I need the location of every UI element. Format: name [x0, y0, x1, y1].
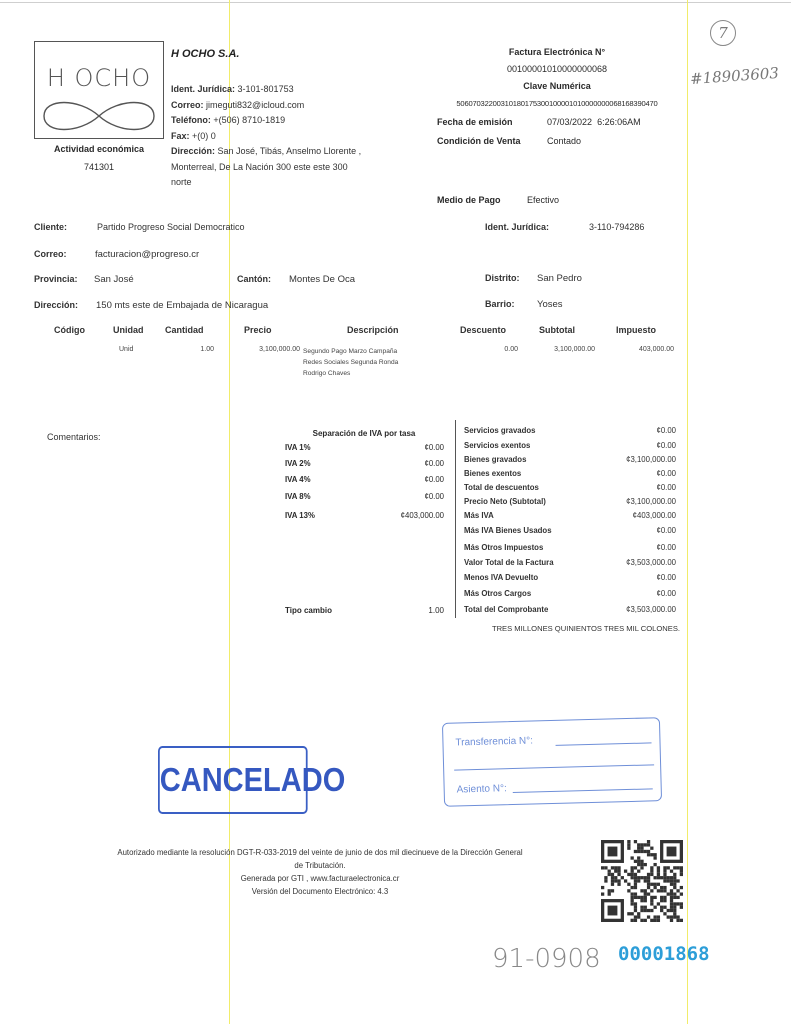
company-name: H OCHO S.A.	[171, 48, 239, 60]
invoice-header: Factura Electrónica N° 00100001010000000…	[432, 44, 682, 112]
column-divider	[455, 420, 456, 618]
cell-discount: 0.00	[480, 346, 518, 353]
summary-value: ¢403,000.00	[580, 511, 676, 520]
col-header-unit: Unidad	[113, 325, 144, 335]
sale-condition-value: Contado	[547, 136, 581, 146]
invoice-title: Factura Electrónica N°	[432, 44, 682, 61]
issuer-id: Ident. Jurídica: 3-101-801753	[171, 82, 361, 98]
key-label: Clave Numérica	[432, 78, 682, 95]
summary-value: ¢0.00	[580, 441, 676, 450]
col-header-qty: Cantidad	[165, 325, 204, 335]
summary-value: ¢3,100,000.00	[580, 455, 676, 464]
summary-value: ¢3,503,000.00	[580, 558, 676, 567]
handwritten-ref: #18903603	[689, 64, 779, 88]
summary-label: Más IVA Bienes Usados	[464, 526, 552, 535]
summary-label: Bienes gravados	[464, 455, 526, 464]
col-header-code: Código	[54, 325, 85, 335]
footer-authorization: Autorizado mediante la resolución DGT-R-…	[80, 846, 560, 898]
summary-value: ¢0.00	[580, 543, 676, 552]
summary-value: ¢0.00	[580, 426, 676, 435]
scan-artifact-line	[687, 0, 688, 1024]
issuer-fax: Fax: +(0) 0	[171, 129, 361, 145]
transfer-label: Transferencia N°:	[455, 735, 533, 748]
summary-value: ¢0.00	[580, 573, 676, 582]
canton-value: Montes De Oca	[289, 274, 355, 285]
serial-number-stamp: 00001868	[618, 943, 710, 965]
cell-subtotal: 3,100,000.00	[535, 346, 595, 353]
col-header-discount: Descuento	[460, 325, 506, 335]
client-email-label: Correo:	[34, 249, 67, 259]
sale-condition-label: Condición de Venta	[437, 136, 521, 146]
summary-value: ¢3,100,000.00	[580, 497, 676, 506]
summary-label: Total de descuentos	[464, 483, 539, 492]
client-label: Cliente:	[34, 222, 67, 232]
summary-label: Precio Neto (Subtotal)	[464, 497, 546, 506]
iva-rate-value: ¢0.00	[360, 492, 444, 501]
client-email: facturacion@progreso.cr	[95, 249, 199, 260]
summary-label: Total del Comprobante	[464, 605, 548, 614]
summary-label: Más IVA	[464, 511, 494, 520]
province-label: Provincia:	[34, 274, 78, 284]
iva-rate-value: ¢0.00	[360, 443, 444, 452]
col-header-subtotal: Subtotal	[539, 325, 575, 335]
payment-label: Medio de Pago	[437, 195, 501, 205]
handwritten-account: 91-0908	[492, 944, 601, 974]
client-id: 3-110-794286	[589, 222, 644, 232]
summary-label: Menos IVA Devuelto	[464, 573, 538, 582]
issuer-address-line3: norte	[171, 175, 361, 191]
iva-rate-label: IVA 2%	[285, 459, 311, 468]
barrio-label: Barrio:	[485, 299, 515, 309]
summary-label: Servicios exentos	[464, 441, 530, 450]
seat-label: Asiento N°:	[457, 783, 507, 795]
key-value: 5060703220031018017530010000101000000006…	[432, 95, 682, 112]
logo-text: H OCHO	[35, 64, 163, 92]
col-header-tax: Impuesto	[616, 325, 656, 335]
col-header-description: Descripción	[347, 325, 399, 335]
barrio-value: Yoses	[537, 299, 563, 310]
invoice-number: 00100001010000000068	[432, 61, 682, 78]
cell-description: Segundo Pago Marzo Campaña Redes Sociale…	[303, 346, 398, 379]
date-label: Fecha de emisión	[437, 117, 513, 127]
company-logo: H OCHO	[34, 41, 164, 139]
infinity-icon	[39, 98, 159, 134]
district-label: Distrito:	[485, 273, 520, 283]
summary-label: Más Otros Cargos	[464, 589, 531, 598]
amount-in-words: TRES MILLONES QUINIENTOS TRES MIL COLONE…	[440, 624, 680, 633]
issuer-email: Correo: jimeguti832@icloud.com	[171, 98, 361, 114]
activity-code: 741301	[34, 162, 164, 172]
cell-tax: 403,000.00	[615, 346, 674, 353]
iva-rate-label: IVA 13%	[285, 511, 315, 520]
cell-price: 3,100,000.00	[240, 346, 300, 353]
iva-rate-value: ¢0.00	[360, 475, 444, 484]
issuer-phone: Teléfono: +(506) 8710-1819	[171, 113, 361, 129]
summary-value: ¢0.00	[580, 469, 676, 478]
exchange-rate-value: 1.00	[390, 606, 444, 615]
client-address: 150 mts este de Embajada de Nicaragua	[96, 300, 268, 311]
activity-label: Actividad económica	[34, 144, 164, 154]
iva-rate-label: IVA 8%	[285, 492, 311, 501]
summary-value: ¢3,503,000.00	[580, 605, 676, 614]
province-value: San José	[94, 274, 134, 285]
client-name: Partido Progreso Social Democratico	[97, 222, 245, 232]
qr-code-icon	[601, 840, 683, 922]
col-header-price: Precio	[244, 325, 272, 335]
scan-top-edge	[0, 2, 791, 3]
qr-code	[601, 840, 683, 922]
summary-label: Valor Total de la Factura	[464, 558, 554, 567]
handwritten-circled-number: 7	[710, 20, 736, 46]
iva-rate-value: ¢0.00	[360, 459, 444, 468]
summary-label: Servicios gravados	[464, 426, 536, 435]
iva-rate-label: IVA 4%	[285, 475, 311, 484]
exchange-rate-label: Tipo cambio	[285, 606, 332, 615]
summary-value: ¢0.00	[580, 526, 676, 535]
issuer-address: Dirección: San José, Tibás, Anselmo Llor…	[171, 144, 361, 160]
comments-label: Comentarios:	[47, 432, 101, 442]
iva-rate-label: IVA 1%	[285, 443, 311, 452]
summary-value: ¢0.00	[580, 589, 676, 598]
issuer-address-line2: Monterreal, De La Nación 300 este este 3…	[171, 160, 361, 176]
summary-label: Más Otros Impuestos	[464, 543, 543, 552]
client-id-label: Ident. Jurídica:	[485, 222, 549, 232]
iva-breakdown-title: Separación de IVA por tasa	[284, 429, 444, 438]
payment-value: Efectivo	[527, 195, 559, 205]
client-address-label: Dirección:	[34, 300, 78, 310]
cancelled-stamp: CANCELADO	[158, 746, 308, 814]
iva-rate-value: ¢403,000.00	[360, 511, 444, 520]
issuer-fields: Ident. Jurídica: 3-101-801753 Correo: ji…	[171, 82, 361, 191]
district-value: San Pedro	[537, 273, 582, 284]
transfer-stamp: Transferencia N°: Asiento N°:	[442, 717, 662, 807]
summary-label: Bienes exentos	[464, 469, 521, 478]
summary-value: ¢0.00	[580, 483, 676, 492]
cell-qty: 1.00	[170, 346, 214, 353]
cell-unit: Unid	[119, 346, 133, 353]
date-value: 07/03/2022 6:26:06AM	[547, 117, 641, 127]
canton-label: Cantón:	[237, 274, 271, 284]
